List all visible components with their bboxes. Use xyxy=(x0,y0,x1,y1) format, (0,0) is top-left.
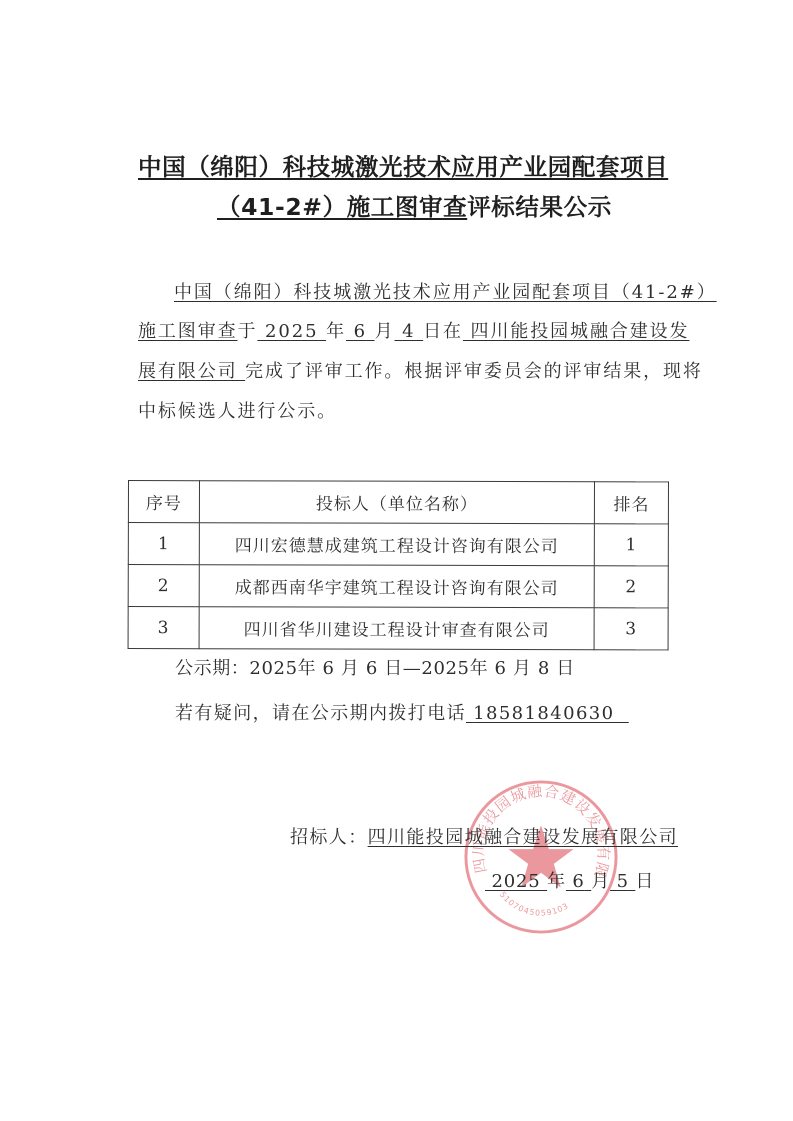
cell-no: 2 xyxy=(128,565,199,607)
contact-phone: 18581840630 xyxy=(466,703,629,724)
sign-day-value: 5 xyxy=(617,871,629,892)
body-line-1: 中国（绵阳）科技城激光技术应用产业园配套项目（41-2#） xyxy=(174,281,717,305)
sign-year: 2025 xyxy=(485,871,547,892)
results-table: 序号 投标人（单位名称） 排名 1 四川宏德慧成建筑工程设计咨询有限公司 1 2… xyxy=(128,480,669,650)
contact-phone-value: 18581840630 xyxy=(473,703,614,724)
cell-bidder: 四川宏德慧成建筑工程设计咨询有限公司 xyxy=(199,523,594,566)
cell-no: 1 xyxy=(128,523,199,565)
sign-month: 6 xyxy=(566,871,591,892)
day-at-label: 日在 xyxy=(423,321,463,342)
sign-date: 2025 年 6 月 5 日 xyxy=(485,870,654,894)
venue-part-2: 展有限公司 xyxy=(138,361,245,382)
venue-part-1-value: 四川能投园城融合建设发 xyxy=(471,321,690,342)
year-label: 年 xyxy=(326,321,346,342)
cell-bidder: 四川省华川建设工程设计审查有限公司 xyxy=(199,607,594,650)
sign-year-value: 2025 xyxy=(492,871,541,892)
publicity-period-value: 2025年 6 月 6 日—2025年 6 月 8 日 xyxy=(249,658,574,679)
contact-label: 若有疑问，请在公示期内拨打电话 xyxy=(175,703,466,724)
publicity-period: 公示期：2025年 6 月 6 日—2025年 6 月 8 日 xyxy=(175,657,575,681)
contact-line: 若有疑问，请在公示期内拨打电话 18581840630 xyxy=(175,702,629,726)
cell-rank: 1 xyxy=(594,524,668,566)
header-rank: 排名 xyxy=(594,482,668,524)
sign-day: 5 xyxy=(610,871,635,892)
body-line-4: 中标候选人进行公示。 xyxy=(138,400,337,424)
project-name-tail: 施工图审查 xyxy=(138,321,238,342)
month-label: 月 xyxy=(375,321,395,342)
on-label: 于 xyxy=(238,321,258,342)
sign-month-label: 月 xyxy=(591,871,610,892)
cell-rank: 3 xyxy=(594,608,668,650)
document-page: 中国（绵阳）科技城激光技术应用产业园配套项目 （41-2#）施工图审查评标结果公… xyxy=(0,0,793,1121)
body-line-3: 展有限公司 完成了评审工作。根据评审委员会的评审结果，现将 xyxy=(138,360,703,384)
company-seal-icon: 四川能投园城融合建设发展有限公司 5107045059103 xyxy=(462,778,620,936)
table-row: 1 四川宏德慧成建筑工程设计咨询有限公司 1 xyxy=(128,523,668,566)
title-rest: 评标结果公示 xyxy=(467,193,612,221)
review-year-value: 2025 xyxy=(265,321,318,342)
title-line-2: （41-2#）施工图审查评标结果公示 xyxy=(217,192,612,222)
header-bidder: 投标人（单位名称） xyxy=(199,481,594,524)
venue-part-1: 四川能投园城融合建设发 xyxy=(463,321,690,342)
review-day: 4 xyxy=(395,321,424,342)
signer-name: 四川能投园城融合建设发展有限公司 xyxy=(368,827,678,848)
publicity-period-label: 公示期： xyxy=(175,658,249,679)
cell-rank: 2 xyxy=(594,566,668,608)
sign-year-label: 年 xyxy=(547,871,566,892)
seal-code: 5107045059103 xyxy=(498,890,571,918)
sign-day-label: 日 xyxy=(635,871,654,892)
title-line-1: 中国（绵阳）科技城激光技术应用产业园配套项目 xyxy=(138,152,668,182)
signer-label: 招标人： xyxy=(290,827,368,848)
cell-bidder: 成都西南华宇建筑工程设计咨询有限公司 xyxy=(199,565,594,608)
title-underlined-part: （41-2#）施工图审查 xyxy=(217,193,467,221)
table-row: 2 成都西南华宇建筑工程设计咨询有限公司 2 xyxy=(128,565,668,608)
body-line-2: 施工图审查于 2025 年 6 月 4 日在 四川能投园城融合建设发 xyxy=(138,320,689,344)
cell-no: 3 xyxy=(128,607,199,649)
venue-part-2-value: 展有限公司 xyxy=(138,361,238,382)
svg-text:5107045059103: 5107045059103 xyxy=(498,890,571,918)
review-month-value: 6 xyxy=(354,321,367,342)
completion-text: 完成了评审工作。根据评审委员会的评审结果，现将 xyxy=(245,361,703,382)
review-month: 6 xyxy=(346,321,375,342)
sign-month-value: 6 xyxy=(572,871,584,892)
review-day-value: 4 xyxy=(402,321,415,342)
review-year: 2025 xyxy=(257,321,326,342)
table-row: 3 四川省华川建设工程设计审查有限公司 3 xyxy=(128,607,668,650)
signer-line: 招标人：四川能投园城融合建设发展有限公司 xyxy=(290,826,678,850)
table-header-row: 序号 投标人（单位名称） 排名 xyxy=(128,481,668,524)
header-no: 序号 xyxy=(128,481,199,523)
